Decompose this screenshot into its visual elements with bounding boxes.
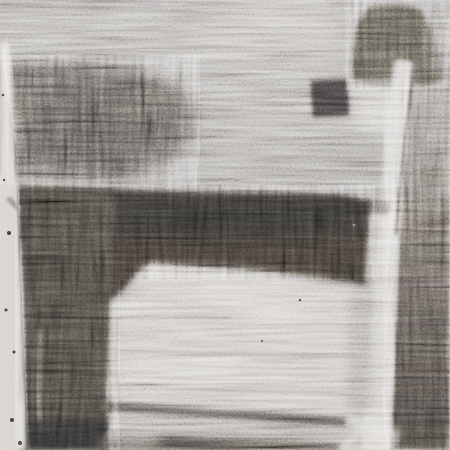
charcoal-drawing: [0, 0, 450, 450]
paper-tooth-overlay: [0, 0, 450, 450]
artwork-canvas: [0, 0, 450, 450]
